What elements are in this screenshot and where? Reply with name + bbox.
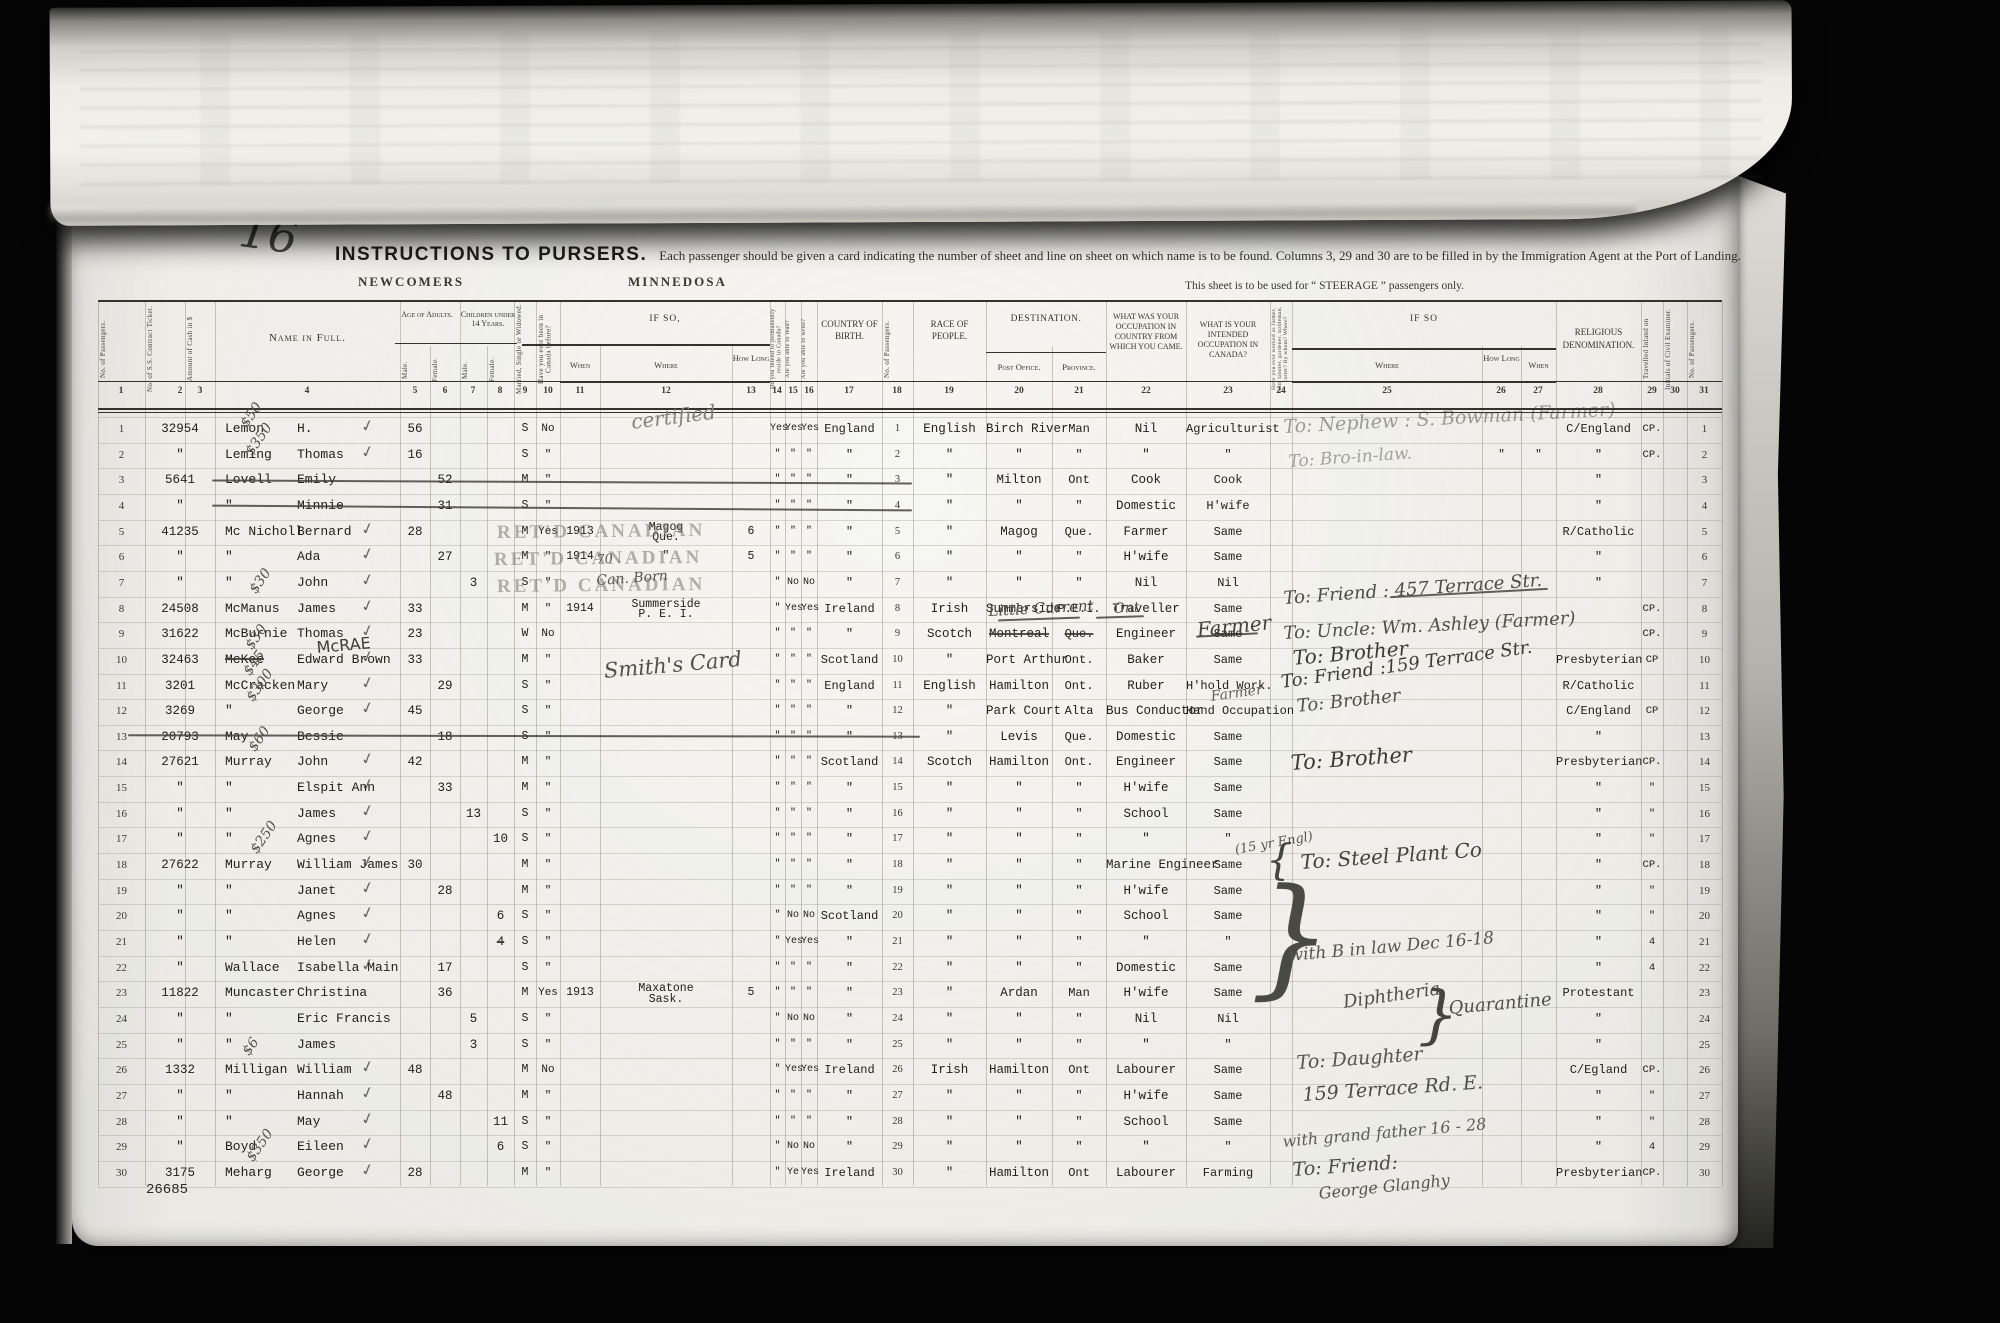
cell-t-r17: " [145, 827, 215, 852]
cell-n2-r24: 24 [882, 1007, 913, 1032]
cell-af-r6: 27 [430, 545, 460, 570]
cell-io-r25: " [1186, 1033, 1270, 1058]
cell-ir-r14: " [770, 750, 785, 775]
col22-label: WHAT WAS YOUR OCCUPATION IN COUNTRY FROM… [1106, 312, 1186, 352]
cell-ms-r13: S [514, 725, 536, 750]
cell-t-r2: " [145, 443, 215, 468]
cell-inl-r9: CP. [1641, 622, 1663, 647]
cell-cf-r28: 11 [487, 1110, 514, 1135]
cell-ir-r29: " [770, 1135, 785, 1160]
cell-re-r10: Presbyterian [1556, 648, 1641, 673]
cell-surname-r2: Leming [225, 443, 305, 468]
cell-oc-r28: School [1106, 1110, 1186, 1135]
cell-af-r13: 18 [430, 725, 460, 750]
cell-givenname-r27: Hannah [297, 1084, 402, 1109]
cell-ir-r11: " [770, 674, 785, 699]
cell-n3-r14: 14 [1687, 750, 1722, 775]
cell-wt-r11: " [801, 674, 817, 699]
cell-givenname-r2: Thomas [297, 443, 402, 468]
cell-co-r3: " [817, 468, 882, 493]
cell-t-r13: 20793 [145, 725, 215, 750]
cell-n3-r4: 4 [1687, 494, 1722, 519]
cell-re-r20: " [1556, 904, 1641, 929]
cell-inl-r26: CP. [1641, 1058, 1663, 1083]
cell-re-r5: R/Catholic [1556, 520, 1641, 545]
cell-co-r21: " [817, 930, 882, 955]
cell-oc-r25: " [1106, 1033, 1186, 1058]
cell-givenname-r7: John [297, 571, 402, 596]
cell-po-r9: Montreal [986, 622, 1052, 647]
cell-re-r14: Presbyterian [1556, 750, 1641, 775]
cell-io-r10: Same [1186, 648, 1270, 673]
cell-co-r5: " [817, 520, 882, 545]
cell-am-r10: 33 [400, 648, 430, 673]
cell-cb-r8: " [536, 597, 560, 622]
cell-ir-r27: " [770, 1084, 785, 1109]
cell-n-r14: 14 [98, 750, 145, 775]
cell-re-r23: Protestant [1556, 981, 1641, 1006]
cell-pr-r23: Man [1052, 981, 1106, 1006]
cell-ir-r25: " [770, 1033, 785, 1058]
cell-re-r12: C/England [1556, 699, 1641, 724]
cell-t-r20: " [145, 904, 215, 929]
cell-ir-r16: " [770, 802, 785, 827]
cell-po-r21: " [986, 930, 1052, 955]
cell-ra-r21: " [913, 930, 986, 955]
cell-inl-r21: 4 [1641, 930, 1663, 955]
cell-inl-r2: CP. [1641, 443, 1663, 468]
cell-ir-r9: " [770, 622, 785, 647]
cell-ra-r15: " [913, 776, 986, 801]
cell-ms-r17: S [514, 827, 536, 852]
cell-cf-r29: 6 [487, 1135, 514, 1160]
cell-cb-r24: " [536, 1007, 560, 1032]
cell-pr-r19: " [1052, 879, 1106, 904]
cell-po-r5: Magog [986, 520, 1052, 545]
cell-io-r30: Farming [1186, 1161, 1270, 1186]
cell-oc-r4: Domestic [1106, 494, 1186, 519]
cell-pr-r16: " [1052, 802, 1106, 827]
cell-am-r2: 16 [400, 443, 430, 468]
cell-pr-r21: " [1052, 930, 1106, 955]
page-title: INSTRUCTIONS TO PURSERS. [335, 244, 647, 265]
cell-re-r26: C/Egland [1556, 1058, 1641, 1083]
cell-co-r12: " [817, 699, 882, 724]
cell-cb-r16: " [536, 802, 560, 827]
cell-po-r7: " [986, 571, 1052, 596]
column-number-12: 12 [651, 386, 681, 396]
title-line: INSTRUCTIONS TO PURSERS. Each passenger … [335, 244, 1675, 266]
cell-givenname-r23: Christina [297, 981, 402, 1006]
cell-cb-r14: " [536, 750, 560, 775]
cell-ms-r11: S [514, 674, 536, 699]
cell-n-r15: 15 [98, 776, 145, 801]
cell-ms-r18: M [514, 853, 536, 878]
cell-io-r4: H'wife [1186, 494, 1270, 519]
cell-n-r28: 28 [98, 1110, 145, 1135]
cell-ra-r30: " [913, 1161, 986, 1186]
cell-surname-r21: " [225, 930, 305, 955]
cell-cb-r2: " [536, 443, 560, 468]
cell-givenname-r5: Bernard [297, 520, 402, 545]
cell-oc-r18: Marine Engineer [1106, 853, 1186, 878]
cell-co-r14: Scotland [817, 750, 882, 775]
cell-wt-r16: " [801, 802, 817, 827]
cell-pr-r27: " [1052, 1084, 1106, 1109]
cell-t-r28: " [145, 1110, 215, 1135]
cell-wt-r18: " [801, 853, 817, 878]
cell-ra-r25: " [913, 1033, 986, 1058]
cell-givenname-r26: William [297, 1058, 402, 1083]
cell-re-r22: " [1556, 956, 1641, 981]
col1-label: No. of Passengers. [100, 305, 143, 393]
retd-canadian-stamp: RET'D CANADIAN [497, 520, 705, 544]
cell-wt-r20: No [801, 904, 817, 929]
cell-rd-r23: " [785, 981, 801, 1006]
cell-ra-r24: " [913, 1007, 986, 1032]
cell-pr-r5: Que. [1052, 520, 1106, 545]
cell-ra-r5: " [913, 520, 986, 545]
cell-rd-r24: No [785, 1007, 801, 1032]
cell-t-r14: 27621 [145, 750, 215, 775]
cell-rd-r25: " [785, 1033, 801, 1058]
cell-oc-r23: H'wife [1106, 981, 1186, 1006]
column-number-4: 4 [292, 386, 322, 396]
cell-n2-r30: 30 [882, 1161, 913, 1186]
cell-pr-r11: Ont. [1052, 674, 1106, 699]
cell-pr-r13: Que. [1052, 725, 1106, 750]
cell-n2-r11: 11 [882, 674, 913, 699]
cell-n3-r1: 1 [1687, 417, 1722, 442]
cell-inl-r18: CP. [1641, 853, 1663, 878]
cell-n3-r9: 9 [1687, 622, 1722, 647]
cell-surname-r22: Wallace [225, 956, 305, 981]
cell-rd-r9: " [785, 622, 801, 647]
cell-wt-r29: No [801, 1135, 817, 1160]
column-number-5: 5 [400, 386, 430, 396]
cell-hl-r6: 5 [732, 545, 770, 570]
cell-am-r12: 45 [400, 699, 430, 724]
cell-inl-r28: " [1641, 1110, 1663, 1135]
cell-n3-r12: 12 [1687, 699, 1722, 724]
cell-cb-r17: " [536, 827, 560, 852]
cell-po-r27: " [986, 1084, 1052, 1109]
cell-t-r3: 5641 [145, 468, 215, 493]
cell-n-r11: 11 [98, 674, 145, 699]
cell-oc-r2: " [1106, 443, 1186, 468]
column-number-30: 30 [1660, 386, 1690, 396]
curled-previous-page [50, 0, 1793, 226]
cell-po-r25: " [986, 1033, 1052, 1058]
cell-ir-r28: " [770, 1110, 785, 1135]
cell-n-r19: 19 [98, 879, 145, 904]
cell-wt-r15: " [801, 776, 817, 801]
cell-t-r1: 32954 [145, 417, 215, 442]
cell-n2-r15: 15 [882, 776, 913, 801]
cell-oc-r3: Cook [1106, 468, 1186, 493]
cell-af-r23: 36 [430, 981, 460, 1006]
cell-n-r16: 16 [98, 802, 145, 827]
col25-label: Where [1292, 360, 1482, 370]
cell-ms-r1: S [514, 417, 536, 442]
cell-n-r2: 2 [98, 443, 145, 468]
cell-ir-r19: " [770, 879, 785, 904]
cell-givenname-r22: Isabella Main [297, 956, 402, 981]
cell-n2-r1: 1 [882, 417, 913, 442]
cell-t-r22: " [145, 956, 215, 981]
cell-n3-r20: 20 [1687, 904, 1722, 929]
cell-ms-r9: W [514, 622, 536, 647]
cell-t-r26: 1332 [145, 1058, 215, 1083]
cell-n3-r22: 22 [1687, 956, 1722, 981]
cell-io-r16: Same [1186, 802, 1270, 827]
cell-n2-r16: 16 [882, 802, 913, 827]
cell-wt-r9: " [801, 622, 817, 647]
cell-oc-r15: H'wife [1106, 776, 1186, 801]
cell-oc-r19: H'wife [1106, 879, 1186, 904]
cell-pr-r18: " [1052, 853, 1106, 878]
cell-rd-r5: " [785, 520, 801, 545]
cell-t-r18: 27622 [145, 853, 215, 878]
cell-re-r25: " [1556, 1033, 1641, 1058]
cell-po-r3: Milton [986, 468, 1052, 493]
cell-io-r2: " [1186, 443, 1270, 468]
cell-cb-r12: " [536, 699, 560, 724]
cell-n3-r21: 21 [1687, 930, 1722, 955]
cell-pr-r12: Alta [1052, 699, 1106, 724]
cell-rd-r1: Yes [785, 417, 801, 442]
cell-surname-r15: " [225, 776, 305, 801]
handwritten-ont9: Ont [1113, 601, 1140, 617]
col27-label: When [1521, 360, 1556, 370]
cell-n-r12: 12 [98, 699, 145, 724]
column-number-25: 25 [1372, 386, 1402, 396]
cell-pr-r25: " [1052, 1033, 1106, 1058]
column-number-27: 27 [1523, 386, 1553, 396]
cell-pr-r22: " [1052, 956, 1106, 981]
cell-oc-r7: Nil [1106, 571, 1186, 596]
cell-co-r1: England [817, 417, 882, 442]
cell-pr-r7: " [1052, 571, 1106, 596]
cell-rd-r30: Ye [785, 1161, 801, 1186]
cell-ra-r8: Irish [913, 597, 986, 622]
cell-t-r19: " [145, 879, 215, 904]
cell-n3-r30: 30 [1687, 1161, 1722, 1186]
cell-cb-r9: No [536, 622, 560, 647]
cell-ms-r12: S [514, 699, 536, 724]
cell-surname-r25: " [225, 1033, 305, 1058]
cell-t-r10: 32463 [145, 648, 215, 673]
cell-wt-r17: " [801, 827, 817, 852]
cell-ms-r24: S [514, 1007, 536, 1032]
cell-surname-r14: Murray [225, 750, 305, 775]
cell-po-r10: Port Arthur [986, 648, 1052, 673]
cell-inl-r20: " [1641, 904, 1663, 929]
cell-oc-r5: Farmer [1106, 520, 1186, 545]
cell-af-r15: 33 [430, 776, 460, 801]
cell-t-r9: 31622 [145, 622, 215, 647]
cell-oc-r24: Nil [1106, 1007, 1186, 1032]
cell-inl-r15: " [1641, 776, 1663, 801]
cell-re-r16: " [1556, 802, 1641, 827]
grid-column-line [600, 346, 601, 1186]
cell-cb-r19: " [536, 879, 560, 904]
page-left-edge [56, 170, 72, 1244]
cell-ir-r1: Yes [770, 417, 785, 442]
cell-inl-r30: CP. [1641, 1161, 1663, 1186]
cell-oc-r26: Labourer [1106, 1058, 1186, 1083]
cell-n3-r27: 27 [1687, 1084, 1722, 1109]
cell-wt-r10: " [801, 648, 817, 673]
cell-n-r26: 26 [98, 1058, 145, 1083]
cell-co-r2: " [817, 443, 882, 468]
column-number-23: 23 [1213, 386, 1243, 396]
cell-ms-r10: M [514, 648, 536, 673]
cell-ms-r22: S [514, 956, 536, 981]
cell-t-r29: " [145, 1135, 215, 1160]
cell-n3-r15: 15 [1687, 776, 1722, 801]
cell-givenname-r11: Mary [297, 674, 402, 699]
cell-re-r2: " [1556, 443, 1641, 468]
cell-cm-r24: 5 [460, 1007, 487, 1032]
cell-co-r6: " [817, 545, 882, 570]
cell-ra-r10: " [913, 648, 986, 673]
cell-am-r14: 42 [400, 750, 430, 775]
cell-am-r9: 23 [400, 622, 430, 647]
cell-re-r21: " [1556, 930, 1641, 955]
cell-io-r6: Same [1186, 545, 1270, 570]
cell-wt-r26: Yes [801, 1058, 817, 1083]
cell-oc-r17: " [1106, 827, 1186, 852]
cell-ra-r28: " [913, 1110, 986, 1135]
cell-re-r27: " [1556, 1084, 1641, 1109]
cell-ir-r6: " [770, 545, 785, 570]
cell-n-r5: 5 [98, 520, 145, 545]
cell-re-r29: " [1556, 1135, 1641, 1160]
cell-re-r28: " [1556, 1110, 1641, 1135]
cell-oc-r27: H'wife [1106, 1084, 1186, 1109]
children-group-label: Children under 14 Years. [459, 310, 517, 328]
cell-ms-r19: M [514, 879, 536, 904]
cell-co-r11: England [817, 674, 882, 699]
cell-rd-r18: " [785, 853, 801, 878]
cell-co-r25: " [817, 1033, 882, 1058]
cell-surname-r8: McManus [225, 597, 305, 622]
cell-ms-r16: S [514, 802, 536, 827]
cell-ir-r4: " [770, 494, 785, 519]
cell-co-r7: " [817, 571, 882, 596]
cell-io-r12: Hand Occupation [1186, 699, 1270, 724]
cell-n2-r22: 22 [882, 956, 913, 981]
cell-n-r22: 22 [98, 956, 145, 981]
cell-pr-r6: " [1052, 545, 1106, 570]
cell-t-r11: 3201 [145, 674, 215, 699]
column-number-24: 24 [1266, 386, 1296, 396]
cell-co-r8: Ireland [817, 597, 882, 622]
cell-ms-r28: S [514, 1110, 536, 1135]
cell-n-r1: 1 [98, 417, 145, 442]
cell-n2-r2: 2 [882, 443, 913, 468]
cell-n3-r6: 6 [1687, 545, 1722, 570]
cell-am-r30: 28 [400, 1161, 430, 1186]
column-number-19: 19 [934, 386, 964, 396]
cell-ir-r18: " [770, 853, 785, 878]
cell-inl-r19: " [1641, 879, 1663, 904]
cell-h2-r2: " [1482, 443, 1521, 468]
column-number-3: 3 [185, 386, 215, 396]
footer-serial-number: 26685 [146, 1182, 188, 1198]
cell-co-r4: " [817, 494, 882, 519]
col3-label: Amount of Cash in $ [187, 305, 213, 393]
cell-oc-r20: School [1106, 904, 1186, 929]
cell-n2-r26: 26 [882, 1058, 913, 1083]
cell-t-r25: " [145, 1033, 215, 1058]
cell-n2-r12: 12 [882, 699, 913, 724]
cell-wr-r23: Maxatone Sask. [600, 982, 732, 1005]
col23-label: WHAT IS YOUR INTENDED OCCUPATION IN CANA… [1186, 320, 1270, 360]
cell-io-r14: Same [1186, 750, 1270, 775]
cell-cb-r18: " [536, 853, 560, 878]
cell-rd-r2: " [785, 443, 801, 468]
cell-re-r24: " [1556, 1007, 1641, 1032]
cell-ir-r30: " [770, 1161, 785, 1186]
column-number-28: 28 [1583, 386, 1613, 396]
cell-po-r15: " [986, 776, 1052, 801]
cell-io-r1: Agriculturist [1186, 417, 1270, 442]
cell-re-r7: " [1556, 571, 1641, 596]
cell-ra-r20: " [913, 904, 986, 929]
cell-ir-r7: " [770, 571, 785, 596]
cell-cb-r30: " [536, 1161, 560, 1186]
cell-rd-r4: " [785, 494, 801, 519]
cell-inl-r14: CP. [1641, 750, 1663, 775]
cell-pr-r14: Ont. [1052, 750, 1106, 775]
cell-n2-r4: 4 [882, 494, 913, 519]
cell-t-r15: " [145, 776, 215, 801]
handwritten-yo6: 70 . [596, 552, 622, 567]
cell-n2-r18: 18 [882, 853, 913, 878]
cell-givenname-r13: Bessie [297, 725, 402, 750]
col13-label: How Long [732, 354, 770, 363]
cell-wt-r1: Yes [801, 417, 817, 442]
cell-co-r9: " [817, 622, 882, 647]
column-number-21: 21 [1064, 386, 1094, 396]
cell-pr-r3: Ont [1052, 468, 1106, 493]
cell-pr-r28: " [1052, 1110, 1106, 1135]
cell-wt-r8: Yes [801, 597, 817, 622]
cell-po-r30: Hamilton [986, 1161, 1052, 1186]
cell-t-r6: " [145, 545, 215, 570]
cell-pr-r2: " [1052, 443, 1106, 468]
cell-co-r30: Ireland [817, 1161, 882, 1186]
cell-ra-r19: " [913, 879, 986, 904]
cell-t-r24: " [145, 1007, 215, 1032]
cell-io-r26: Same [1186, 1058, 1270, 1083]
cell-n-r6: 6 [98, 545, 145, 570]
cell-cb-r22: " [536, 956, 560, 981]
cell-pr-r29: " [1052, 1135, 1106, 1160]
cell-inl-r8: CP. [1641, 597, 1663, 622]
col17-label: COUNTRY OF BIRTH. [817, 318, 882, 342]
cell-inl-r1: CP. [1641, 417, 1663, 442]
cell-givenname-r21: Helen [297, 930, 402, 955]
newcomers-stamp: NEWCOMERS [358, 274, 464, 290]
column-number-31: 31 [1689, 386, 1719, 396]
cell-ir-r3: " [770, 468, 785, 493]
cell-ir-r22: " [770, 956, 785, 981]
cell-n-r30: 30 [98, 1161, 145, 1186]
cell-ms-r29: S [514, 1135, 536, 1160]
